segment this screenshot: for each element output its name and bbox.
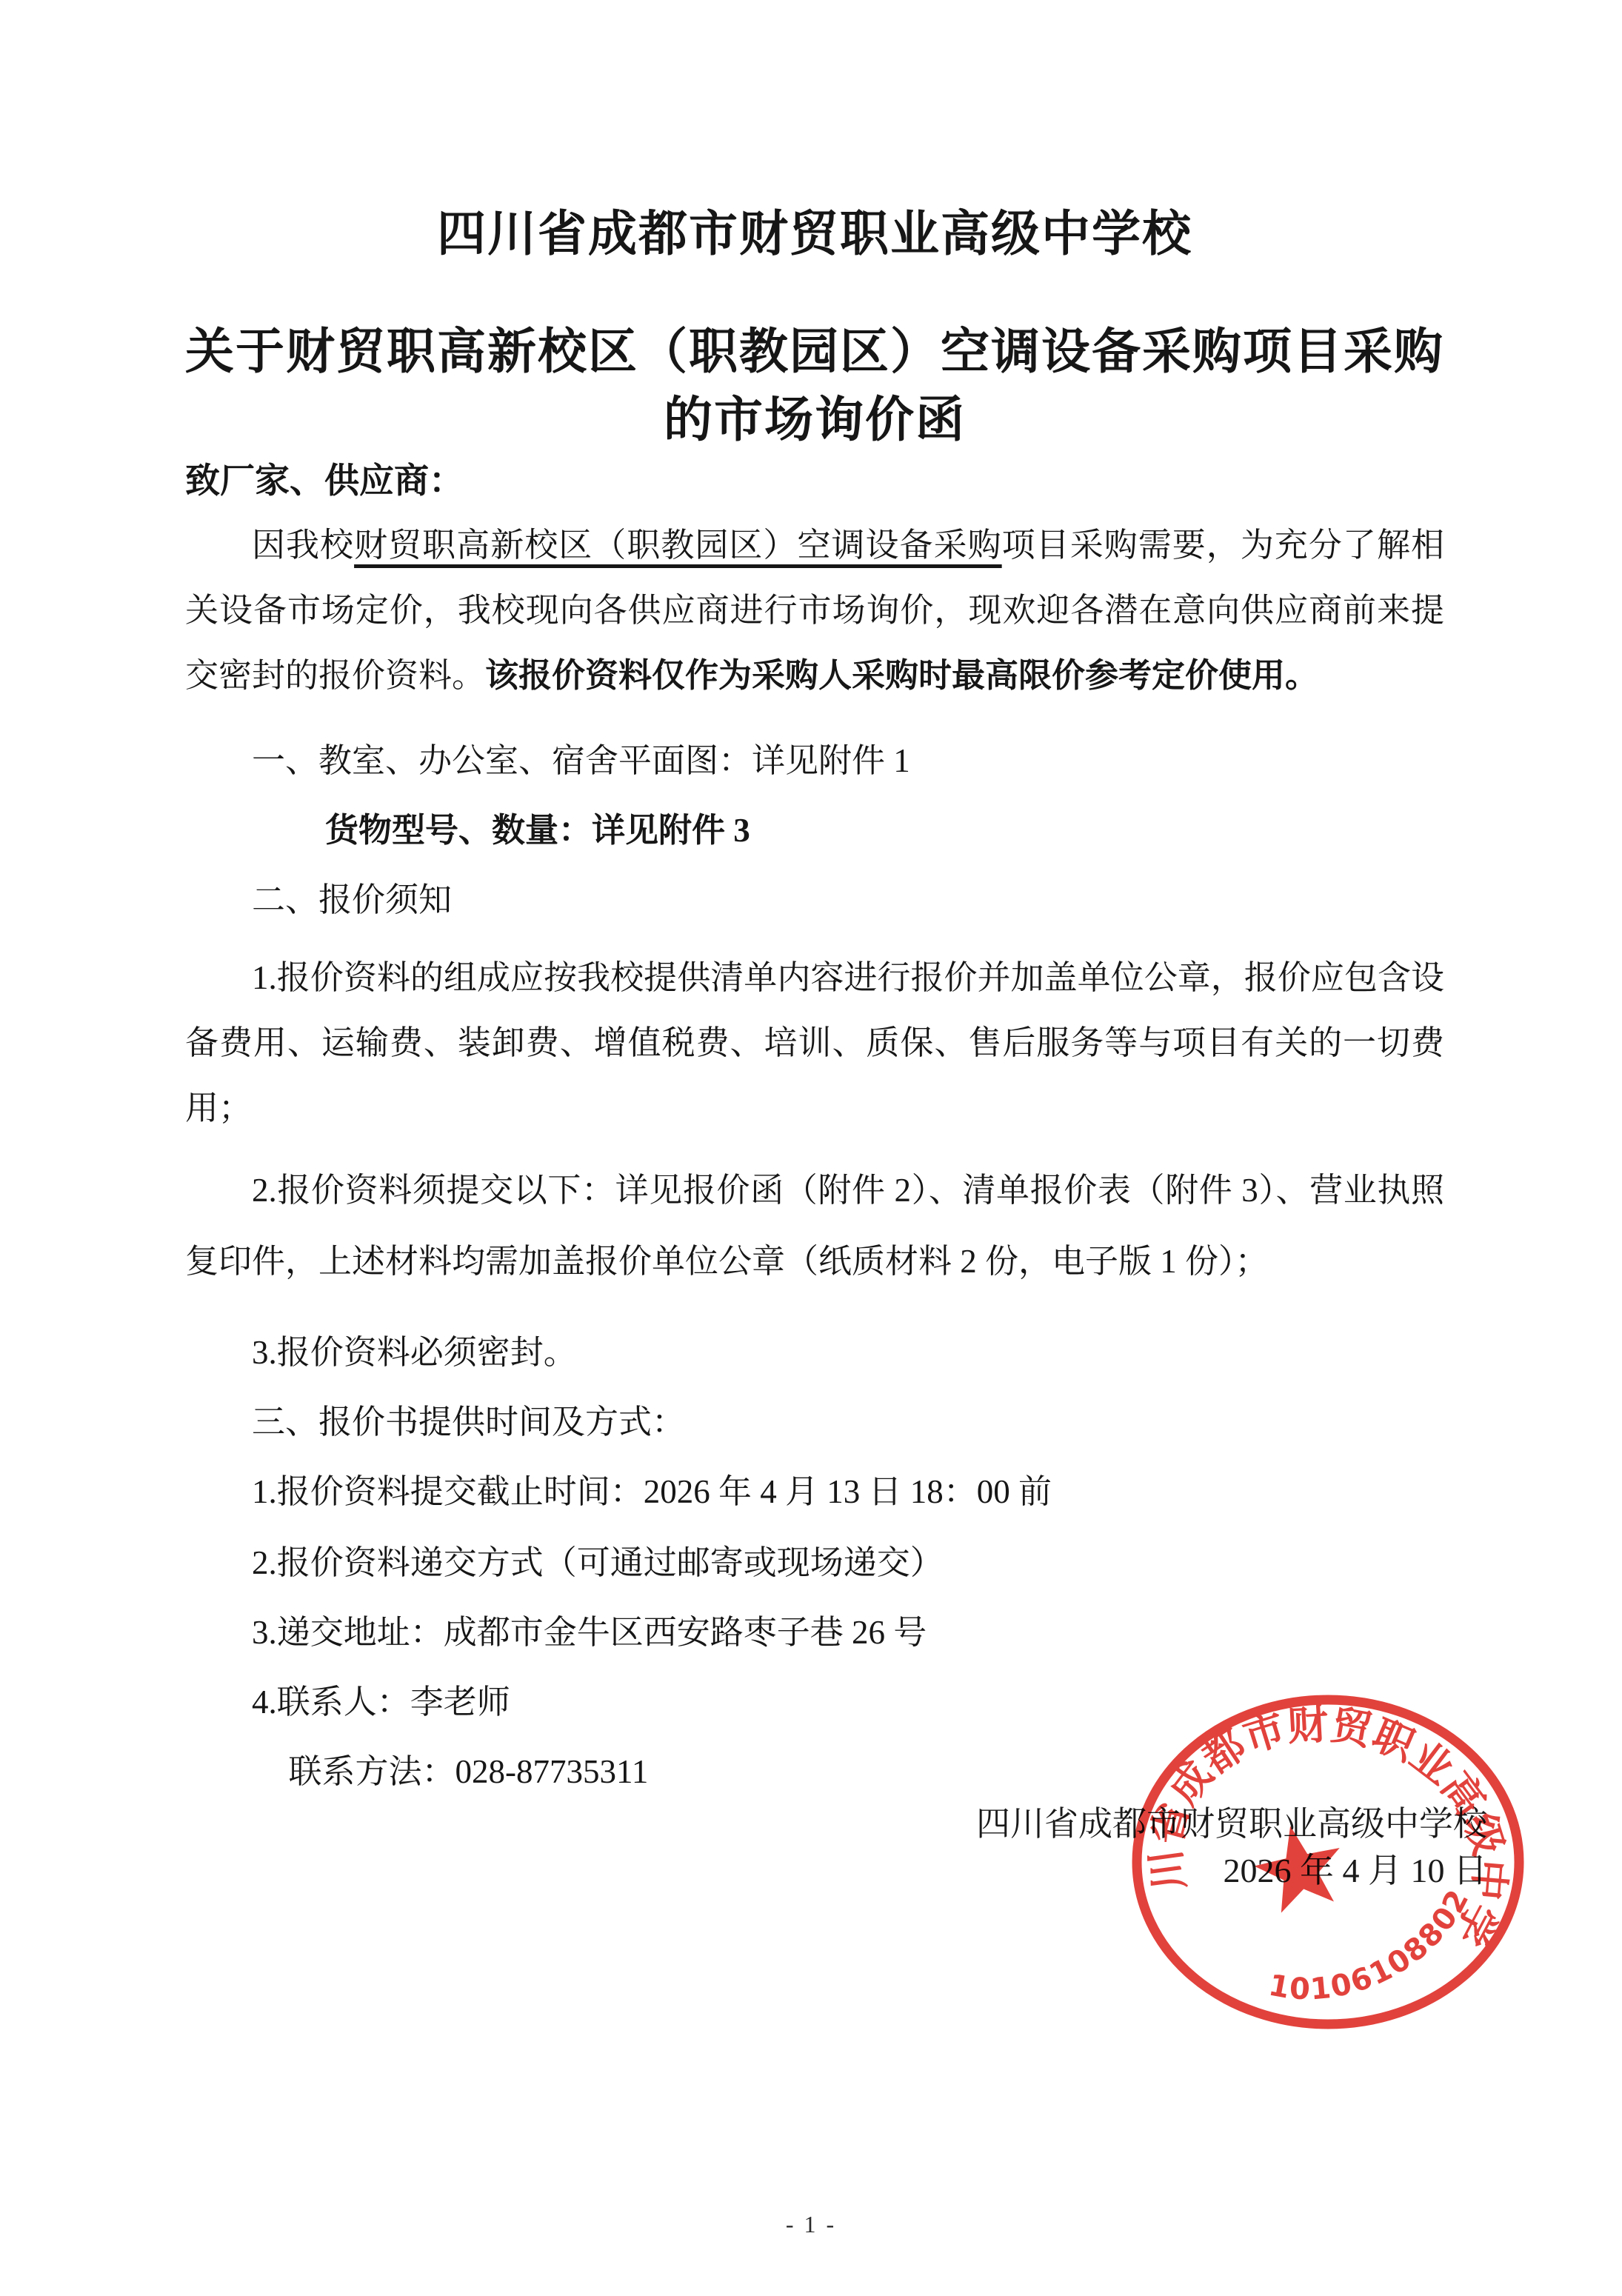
document-page: 四川省成都市财贸职业高级中学校 关于财贸职高新校区（职教园区）空调设备采购项目采…	[0, 0, 1622, 2296]
signature-organization: 四川省成都市财贸职业高级中学校	[976, 1801, 1487, 1847]
section1-attachment-3: 货物型号、数量：详见附件 3	[185, 795, 1444, 865]
section3-item-4-contact-person: 4.联系人：李老师	[185, 1667, 1444, 1737]
page-number: - 1 -	[0, 2211, 1622, 2238]
section3-item-4-contact-phone: 联系方法：028-87735311	[185, 1737, 1444, 1806]
section3-item-1-deadline: 1.报价资料提交截止时间：2026 年 4 月 13 日 18：00 前	[185, 1457, 1444, 1526]
section3-item-2-delivery-method: 2.报价资料递交方式（可通过邮寄或现场递交）	[185, 1528, 1444, 1598]
signature-date: 2026 年 4 月 10 日	[976, 1847, 1487, 1894]
section3-item-3-address: 3.递交地址：成都市金牛区西安路枣子巷 26 号	[185, 1598, 1444, 1667]
intro-paragraph: 因我校财贸职高新校区（职教园区）空调设备采购项目采购需要，为充分了解相关设备市场…	[185, 513, 1444, 708]
section2-item-2: 2.报价资料须提交以下：详见报价函（附件 2）、清单报价表（附件 3）、营业执照…	[185, 1155, 1444, 1297]
section2-heading: 二、报价须知	[185, 865, 1444, 935]
document-subtitle: 关于财贸职高新校区（职教园区）空调设备采购项目采购 的市场询价函	[185, 318, 1444, 455]
subtitle-line-1: 关于财贸职高新校区（职教园区）空调设备采购项目采购	[185, 318, 1444, 387]
signature-block: 四川省成都市财贸职业高级中学校 2026 年 4 月 10 日	[976, 1801, 1487, 1894]
section3-heading: 三、报价书提供时间及方式：	[185, 1387, 1444, 1457]
intro-underlined-project-name: 财贸职高新校区（职教园区）空调设备采购	[354, 527, 1002, 564]
intro-emphasis: 该报价资料仅作为采购人采购时最高限价参考定价使用。	[485, 657, 1318, 694]
salutation: 致厂家、供应商：	[185, 459, 1444, 504]
intro-lead: 因我校	[252, 527, 354, 564]
section2-item-1: 1.报价资料的组成应按我校提供清单内容进行报价并加盖单位公章，报价应包含设备费用…	[185, 945, 1444, 1141]
document-body: 四川省成都市财贸职业高级中学校 关于财贸职高新校区（职教园区）空调设备采购项目采…	[0, 0, 1622, 1806]
section2-item-3: 3.报价资料必须密封。	[185, 1318, 1444, 1387]
section1-attachment-1: 一、教室、办公室、宿舍平面图：详见附件 1	[185, 726, 1444, 795]
page-title: 四川省成都市财贸职业高级中学校	[185, 207, 1444, 262]
subtitle-line-2: 的市场询价函	[185, 387, 1444, 455]
